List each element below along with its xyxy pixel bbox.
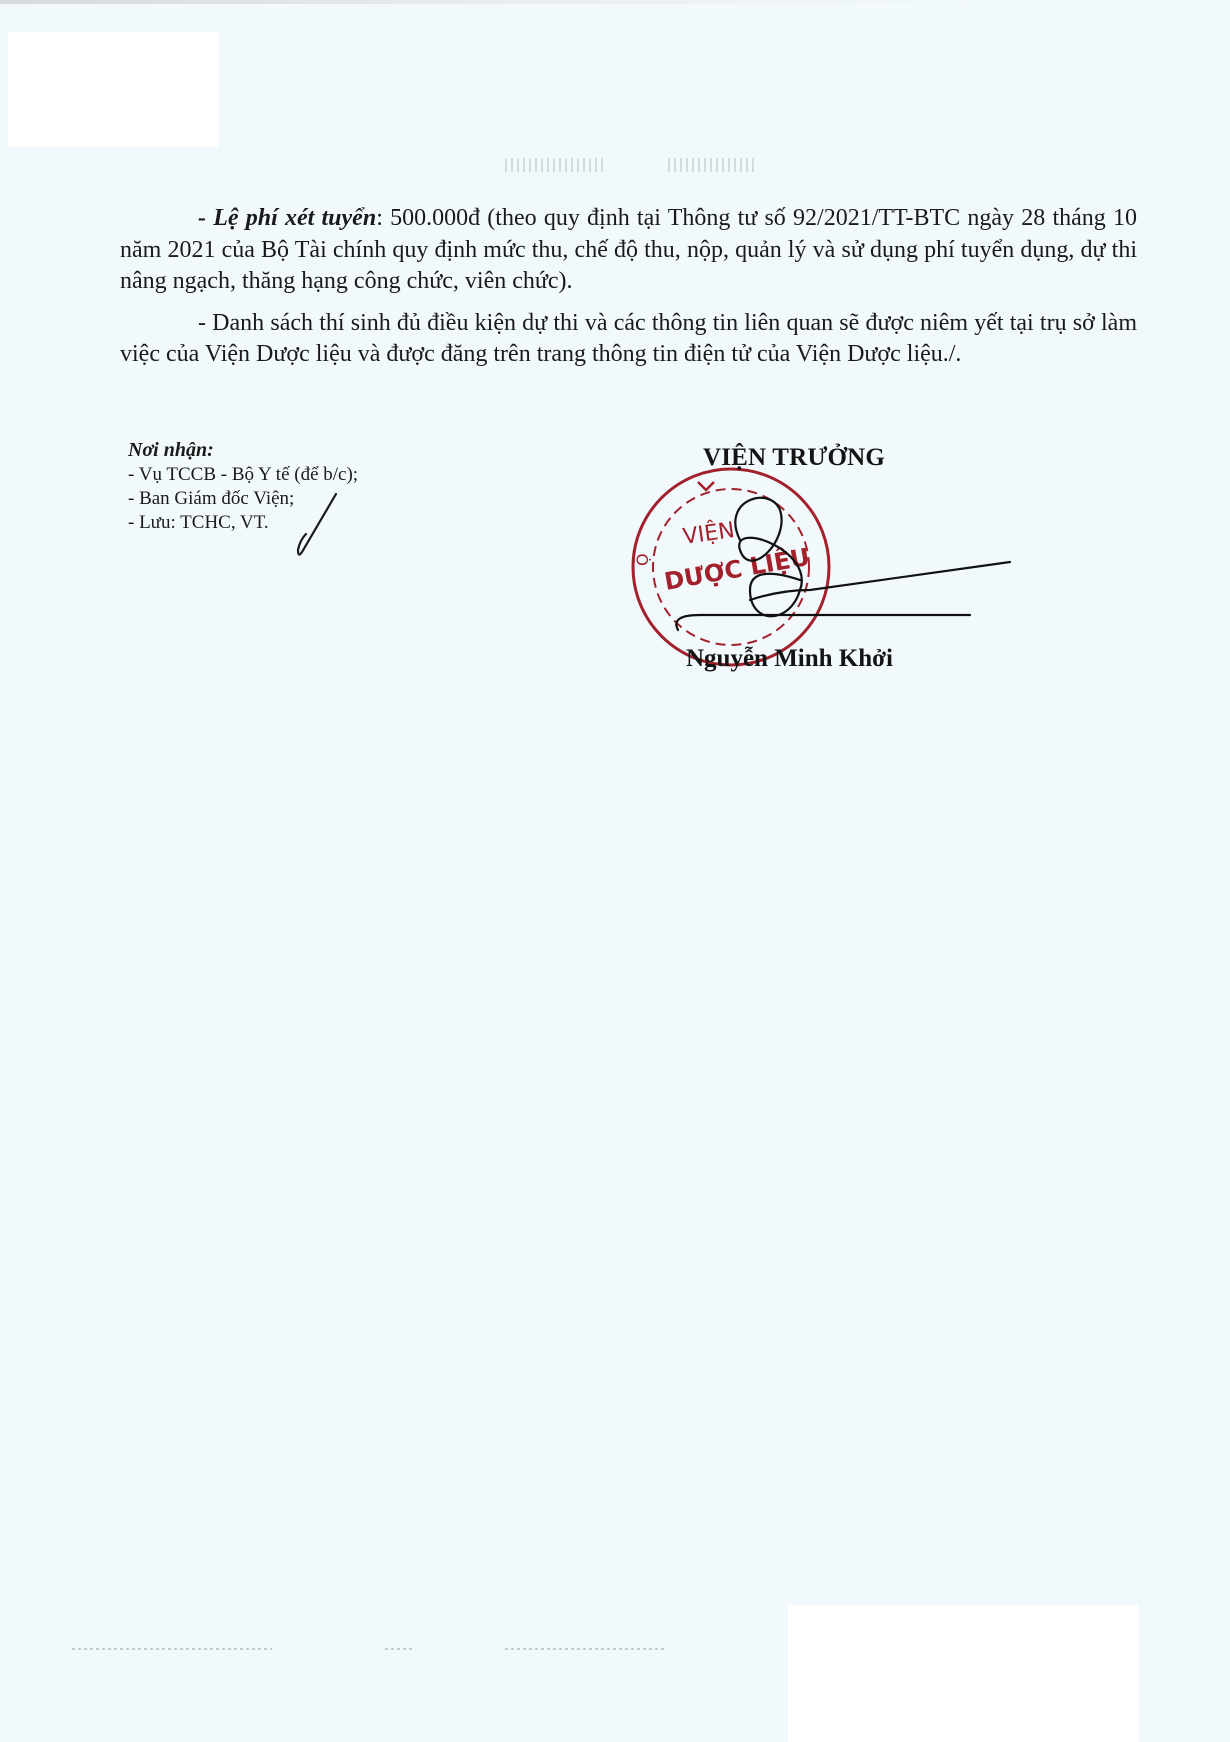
blank-patch-top-left <box>8 32 218 147</box>
blank-patch-bottom-right <box>788 1605 1138 1742</box>
paragraph-fee: - Lệ phí xét tuyển: 500.000đ (theo quy đ… <box>120 203 1137 298</box>
initial-checkmark-icon <box>284 490 344 560</box>
scan-edge <box>0 0 1230 4</box>
paragraph-text: - Danh sách thí sinh đủ điều kiện dự thi… <box>120 310 1137 368</box>
scan-noise <box>505 1648 665 1650</box>
paragraph-lead: - Lệ phí xét tuyển <box>198 205 376 231</box>
document-body: - Lệ phí xét tuyển: 500.000đ (theo quy đ… <box>120 203 1137 381</box>
scan-noise <box>385 1648 415 1650</box>
paragraph-candidate-list: - Danh sách thí sinh đủ điều kiện dự thi… <box>120 308 1137 371</box>
scan-noise <box>72 1648 272 1650</box>
handwritten-signature-icon <box>600 440 1020 680</box>
scan-noise <box>668 158 758 172</box>
signature-block: VIỆN TRƯỞNG Ộ VIỆN DƯỢC LIỆU Nguyễn Minh… <box>600 440 1020 680</box>
scan-noise <box>505 158 605 172</box>
recipients-title: Nơi nhận: <box>128 438 358 462</box>
recipient-item: - Vụ TCCB - Bộ Y tế (để b/c); <box>128 463 358 487</box>
